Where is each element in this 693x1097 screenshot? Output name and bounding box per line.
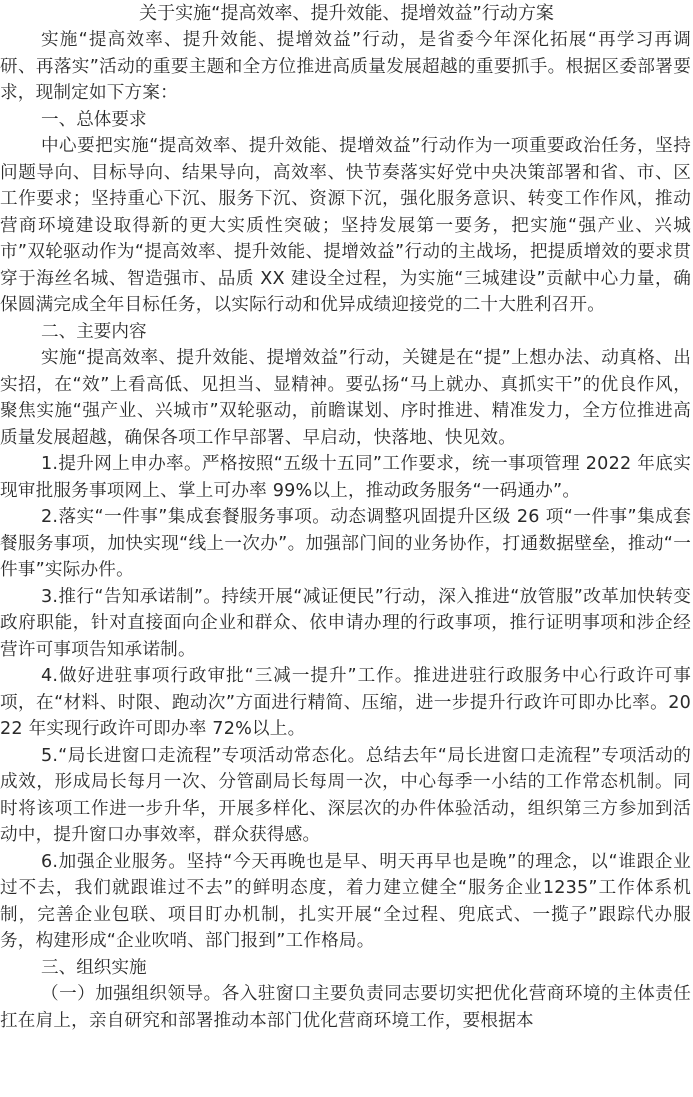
section-2-item-1: 1.提升网上申办率。严格按照“五级十五同”工作要求，统一事项管理 2022 年底… xyxy=(0,451,693,504)
section-2-heading: 二、主要内容 xyxy=(0,319,693,346)
intro-paragraph: 实施“提高效率、提升效能、提增效益”行动，是省委今年深化拓展“再学习再调研、再落… xyxy=(0,27,693,107)
section-2-item-4: 4.做好进驻事项行政审批“三减一提升”工作。推进进驻行政服务中心行政许可事项，在… xyxy=(0,663,693,743)
section-1-heading: 一、总体要求 xyxy=(0,107,693,134)
section-3-item-1: （一）加强组织领导。各入驻窗口主要负责同志要切实把优化营商环境的主体责任扛在肩上… xyxy=(0,981,693,1034)
document-page: 关于实施“提高效率、提升效能、提增效益”行动方案 实施“提高效率、提升效能、提增… xyxy=(0,0,693,1034)
section-3-heading: 三、组织实施 xyxy=(0,955,693,982)
section-1-body: 中心要把实施“提高效率、提升效能、提增效益”行动作为一项重要政治任务，坚持问题导… xyxy=(0,133,693,319)
section-2-item-3: 3.推行“告知承诺制”。持续开展“减证便民”行动，深入推进“放管服”改革加快转变… xyxy=(0,584,693,664)
section-2-item-6: 6.加强企业服务。坚持“今天再晚也是早、明天再早也是晚”的理念，以“谁跟企业过不… xyxy=(0,849,693,955)
document-title: 关于实施“提高效率、提升效能、提增效益”行动方案 xyxy=(0,0,693,27)
section-2-item-2: 2.落实“一件事”集成套餐服务事项。动态调整巩固提升区级 26 项“一件事”集成… xyxy=(0,504,693,584)
section-2-item-5: 5.“局长进窗口走流程”专项活动常态化。总结去年“局长进窗口走流程”专项活动的成… xyxy=(0,743,693,849)
section-2-body: 实施“提高效率、提升效能、提增效益”行动，关键是在“提”上想办法、动真格、出实招… xyxy=(0,345,693,451)
